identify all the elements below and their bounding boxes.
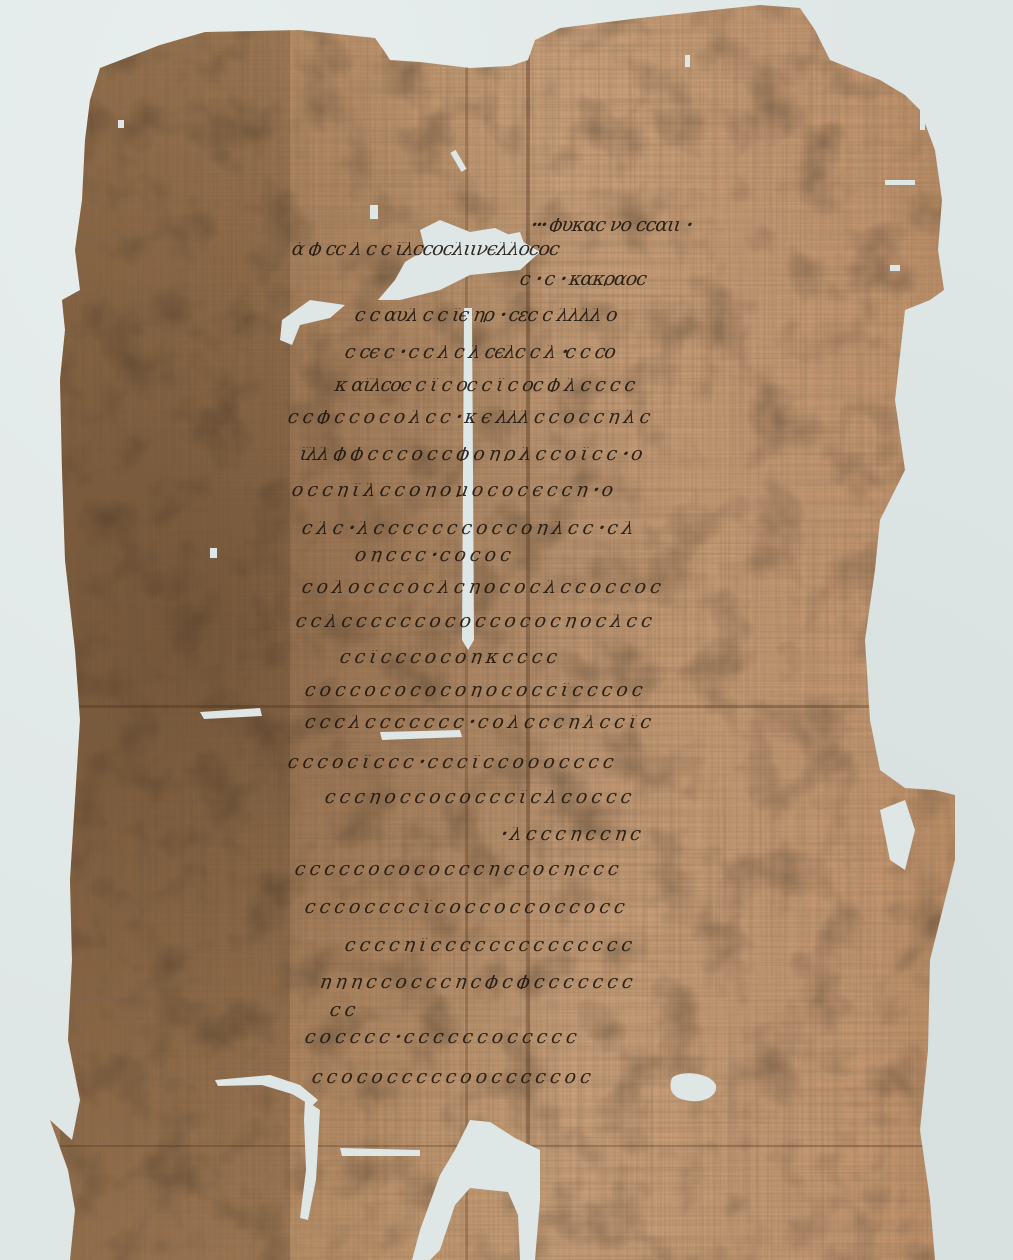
papyrus-fragment: [0, 0, 1013, 1260]
